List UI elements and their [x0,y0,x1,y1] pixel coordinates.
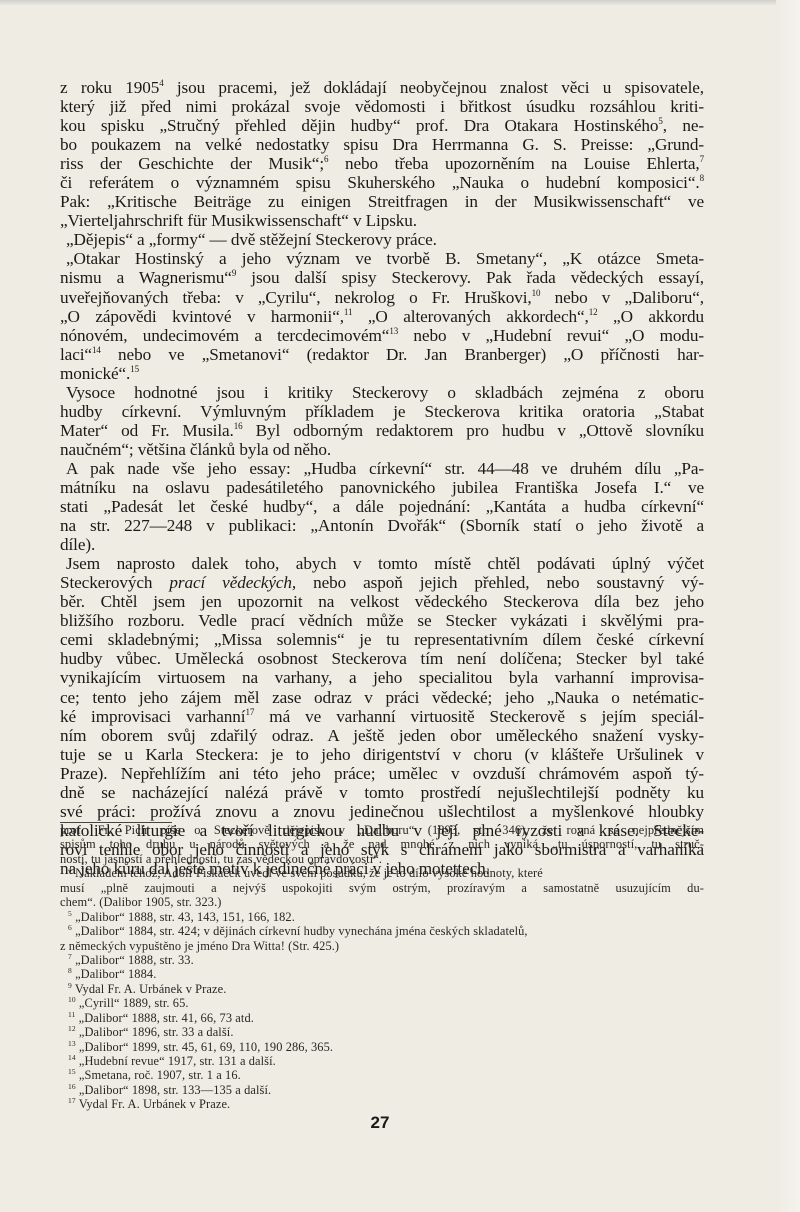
body-line: Pak: „Kritische Beiträge zu einigen Stre… [60,192,704,211]
footnote-item: 17 Vydal Fr. A. Urbánek v Praze. [60,1097,704,1111]
body-line: díle). [60,535,704,554]
footnote-reference: 15 [130,364,139,374]
footnote-reference: 10 [532,288,541,298]
footnote-reference: 8 [700,173,704,183]
body-line: dně se nacházející nalézá právě v tomto … [60,783,704,802]
footnote-number: 13 [68,1039,76,1048]
footnote-reference: 17 [245,707,254,717]
body-line: tuje se u Karla Steckera: je to jeho dir… [60,745,704,764]
footnote-continuation: z německých vypuštěno je jméno Dra Witta… [60,939,704,953]
footnote-number: 16 [68,1082,76,1091]
body-line: naučném“; většina článků byla od něho. [60,440,704,459]
footnote-reference: 9 [232,268,236,278]
footnote-number: 12 [68,1024,76,1033]
footnote-item: 6 „Dalibor“ 1884, str. 424; v dějinách c… [60,924,704,938]
body-line: nismu a Wagnerismu“9 jsou další spisy St… [60,268,704,287]
body-line: na str. 227—248 v publikaci: „Antonín Dv… [60,516,704,535]
body-line: ním oborem svůj zdařilý odraz. A ještě j… [60,726,704,745]
body-line: riss der Geschichte der Musik“;6 nebo tř… [60,154,704,173]
body-line: nónovém, undecimovém a tercdecimovém“13 … [60,326,704,345]
body-line: Mater“ od Fr. Musila.16 Byl odborným red… [60,421,704,440]
footnote-continuation: musí „plně zaujmouti a nejvýš uspokojiti… [60,881,704,895]
footnote-item: 9 Vydal Fr. A. Urbánek v Praze. [60,982,704,996]
body-line: „Vierteljahrschrift für Musikwissenschaf… [60,211,704,230]
body-line: Steckerových prací vědeckých, nebo aspoň… [60,573,704,592]
body-line: hudby vůbec. Umělecká osobnost Steckerov… [60,649,704,668]
footnote-item: 7 „Dalibor“ 1888, str. 33. [60,953,704,967]
emphasis: prací vědeckých, [169,573,296,592]
body-line: stati „Padesát let české hudby“, a dále … [60,497,704,516]
footnote-reference: 7 [700,154,704,164]
body-line: bližšího rozboru. Vedle prací vědních mů… [60,611,704,630]
body-line: „Otakar Hostinský a jeho význam ve tvorb… [60,249,704,268]
footnote-item: 13 „Dalibor“ 1899, str. 45, 61, 69, 110,… [60,1040,704,1054]
main-body-text: z roku 19054 jsou pracemi, jež dokládají… [60,78,704,878]
body-line: monické“.15 [60,364,704,383]
body-line: Praze). Nepřehlížím ani této jeho práce;… [60,764,704,783]
body-line: ce; tento jeho zájem měl zase odraz v pr… [60,688,704,707]
footnote-continuation: spisům toho druhu u národů světových a ž… [60,837,704,851]
footnote-continuation: ností, tu jasností a přehledností, tu za… [60,852,704,866]
footnote-reference: 11 [344,307,352,317]
footnote-reference: 12 [589,307,598,317]
body-line: kou spisku „Stručný přehled dějin hudby“… [60,116,704,135]
body-line: své práci: prožívá znovu a znovu jedineč… [60,802,704,821]
footnote-item: 15 „Smetana, roč. 1907, str. 1 a 16. [60,1068,704,1082]
footnote-reference: 6 [324,154,328,164]
body-line: cemi skladebnými; „Missa solemnis“ je tu… [60,630,704,649]
page-number: 27 [0,1113,760,1133]
page-right-edge [776,0,800,1212]
body-line: z roku 19054 jsou pracemi, jež dokládají… [60,78,704,97]
body-line: laci“14 nebo ve „Smetanovi“ (redaktor Dr… [60,345,704,364]
body-line: „Dějepis“ a „formy“ — dvě stěžejní Steck… [60,230,704,249]
footnote-continuation: prof. Fr. Pich píše o Steckerově dějepis… [60,823,704,837]
footnote-item: 4 Nákladem téhož; Adolf Piskáček uvedl v… [60,866,704,880]
body-line: vynikajícím virtuosem na varhany, a jeho… [60,668,704,687]
footnote-item: 11 „Dalibor“ 1888, str. 41, 66, 73 atd. [60,1011,704,1025]
footnote-number: 6 [68,923,72,932]
footnote-number: 15 [68,1067,76,1076]
body-line: hudby církevní. Výmluvným příkladem je S… [60,402,704,421]
body-line: mátníku na oslavu padesátiletého panovni… [60,478,704,497]
body-line: Vysoce hodnotné jsou i kritiky Steckerov… [60,383,704,402]
footnote-reference: 16 [234,421,243,431]
body-line: uveřejňovaných třeba: v „Cyrilu“, nekrol… [60,288,704,307]
footnote-reference: 14 [92,345,101,355]
footnote-continuation: chem“. (Dalibor 1905, str. 323.) [60,895,704,909]
body-line: bo poukazem na velké nedostatky spisu Dr… [60,135,704,154]
body-line: či referátem o významném spisu Skuherské… [60,173,704,192]
footnote-item: 12 „Dalibor“ 1896, str. 33 a další. [60,1025,704,1039]
footnote-number: 4 [68,865,72,874]
footnote-item: 8 „Dalibor“ 1884. [60,967,704,981]
footnote-number: 8 [68,966,72,975]
footnote-item: 14 „Hudební revue“ 1917, str. 131 a dalš… [60,1054,704,1068]
body-line: „O zápovědi kvintové v harmonii“,11 „O a… [60,307,704,326]
footnote-number: 11 [68,1010,75,1019]
body-line: který již před nimi prokázal svoje vědom… [60,97,704,116]
body-line: ké improvisaci varhanní17 má ve varhanní… [60,707,704,726]
footnote-number: 10 [68,995,76,1004]
footnote-item: 5 „Dalibor“ 1888, str. 43, 143, 151, 166… [60,910,704,924]
footnote-number: 9 [68,981,72,990]
footnote-number: 7 [68,952,72,961]
footnote-reference: 5 [658,116,662,126]
body-line: Jsem naprosto dalek toho, abych v tomto … [60,554,704,573]
body-line: běr. Chtěl jsem jen upozornit na velkost… [60,592,704,611]
footnote-reference: 13 [389,326,398,336]
footnote-number: 14 [68,1053,76,1062]
footnote-number: 17 [68,1096,76,1105]
footnote-reference: 4 [159,78,163,88]
body-line: A pak nade vše jeho essay: „Hudba církev… [60,459,704,478]
footnotes: prof. Fr. Pich píše o Steckerově dějepis… [60,823,704,1112]
footnote-item: 16 „Dalibor“ 1898, str. 133—135 a další. [60,1083,704,1097]
footnote-number: 5 [68,909,72,918]
page-top-edge [0,0,800,6]
footnote-item: 10 „Cyrill“ 1889, str. 65. [60,996,704,1010]
